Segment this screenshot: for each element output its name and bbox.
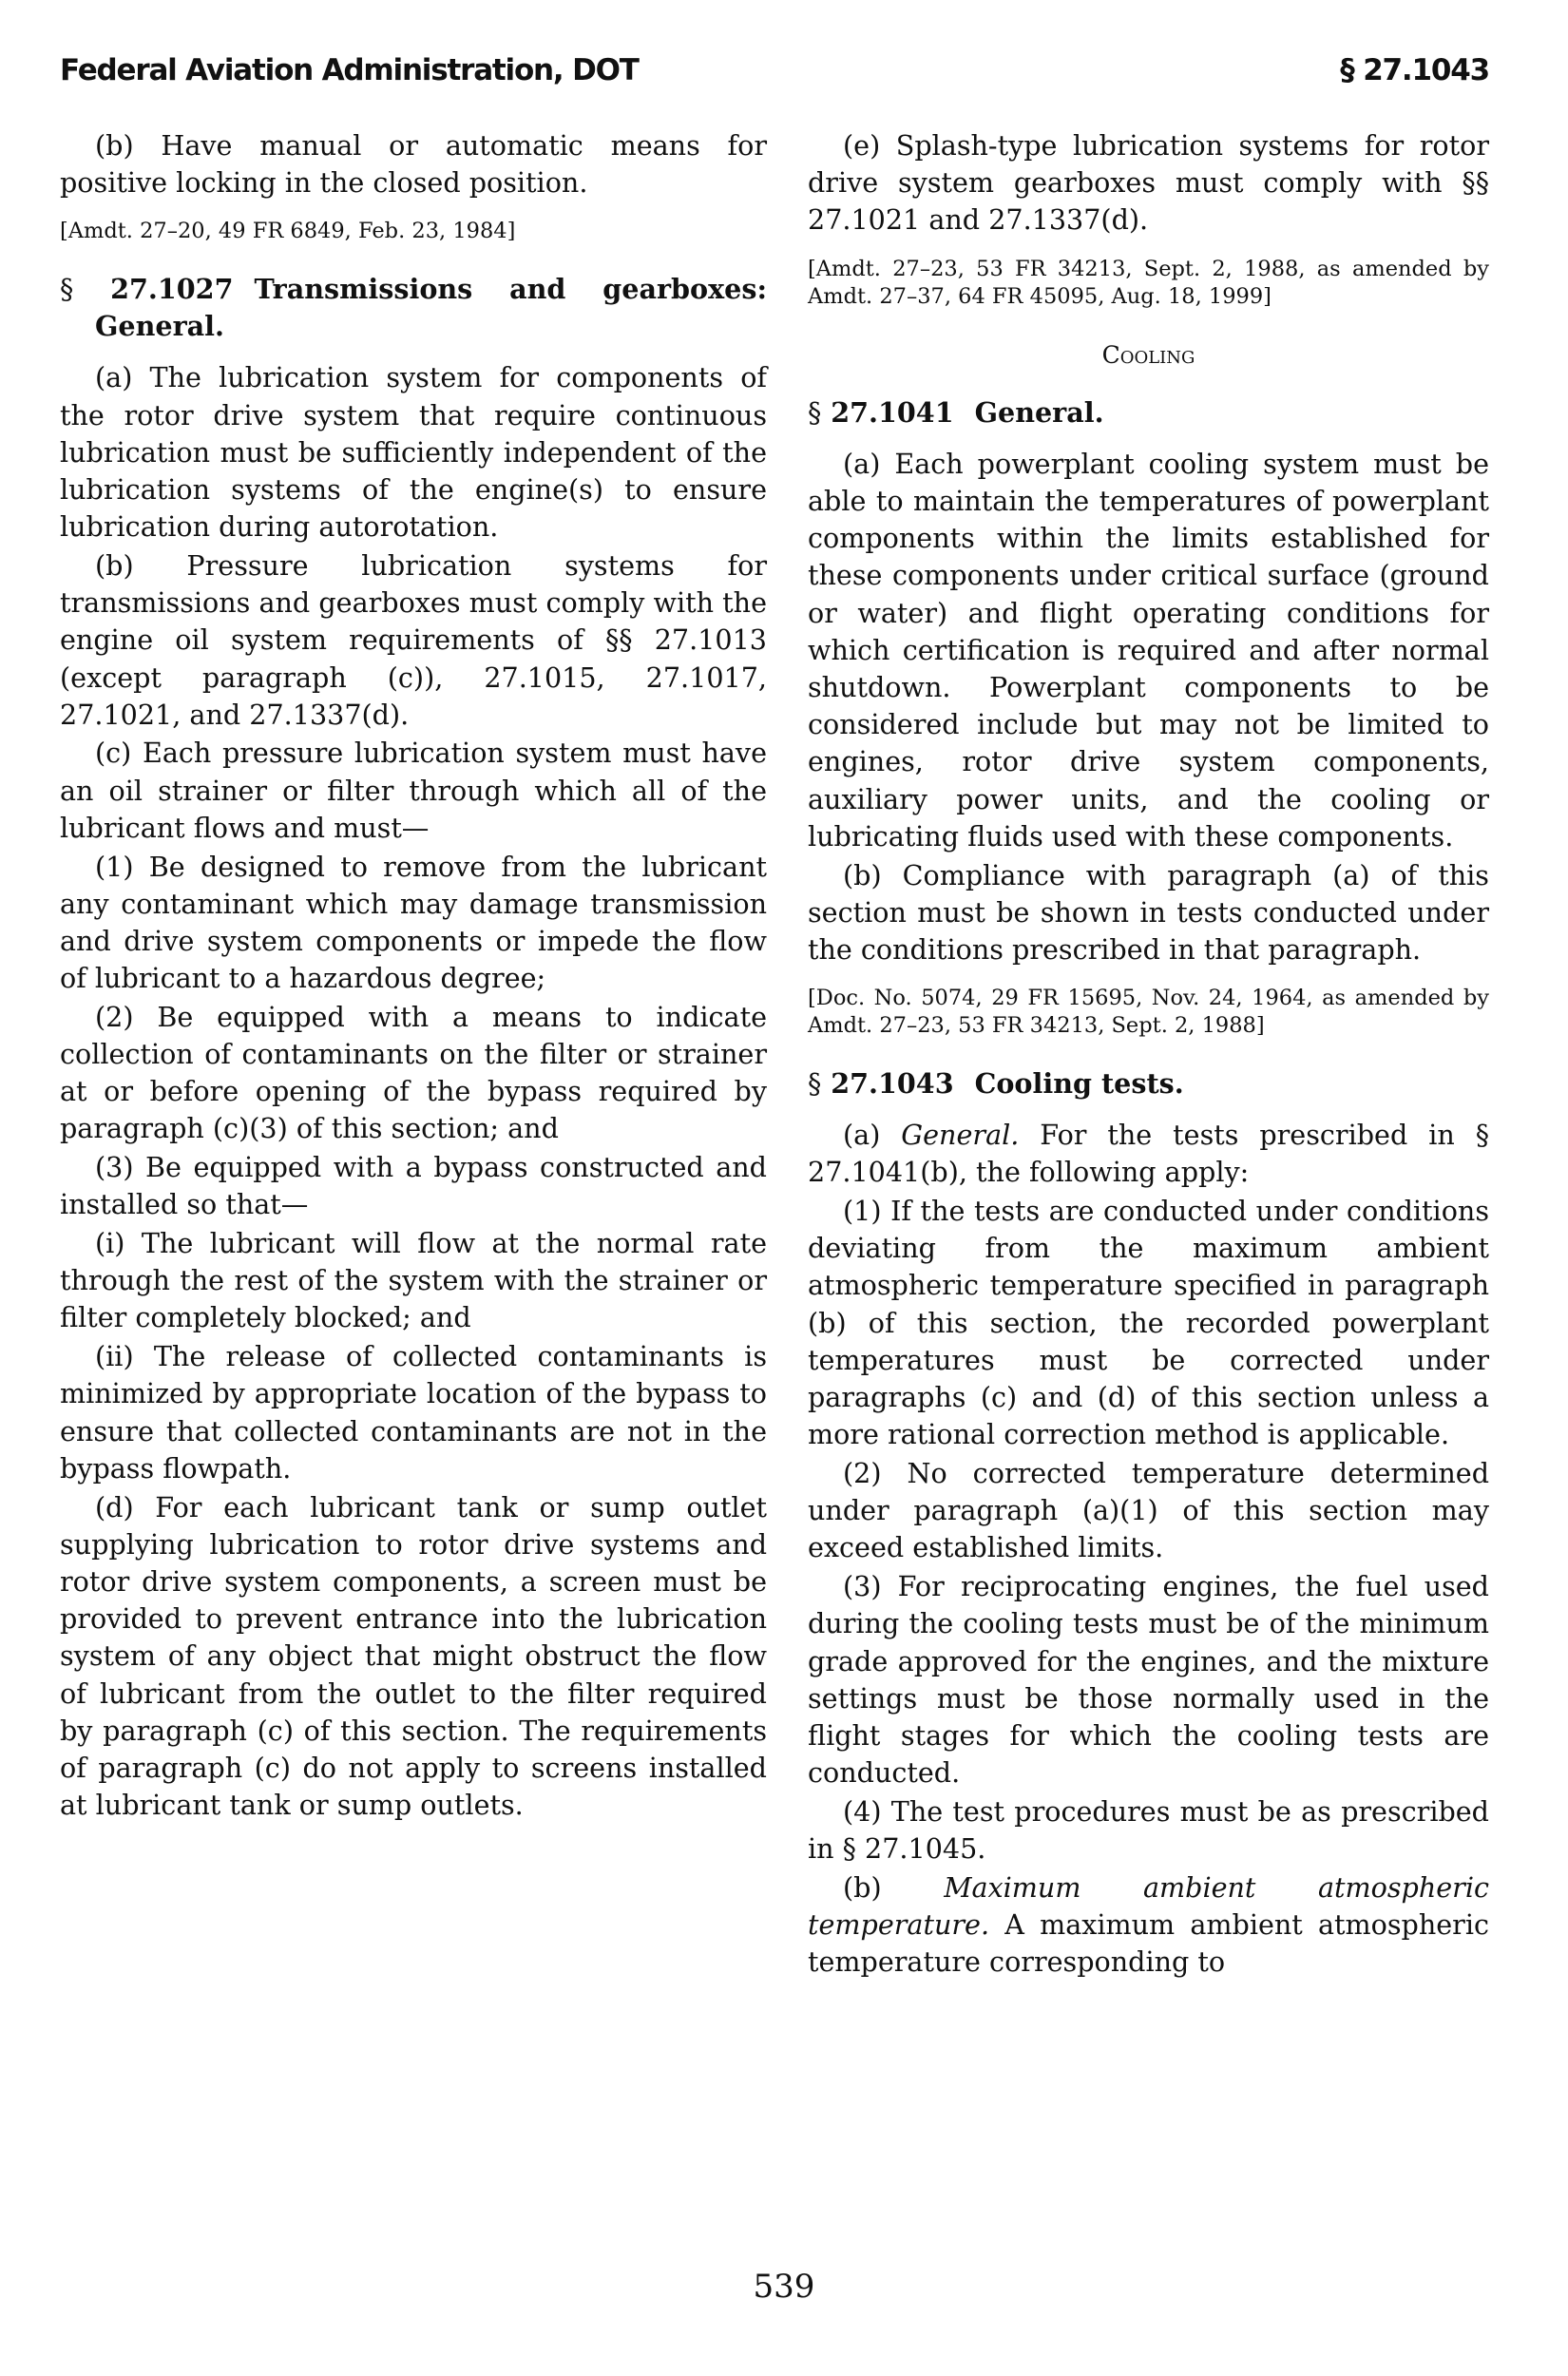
amendment-note: [Amdt. 27–20, 49 FR 6849, Feb. 23, 1984] bbox=[60, 218, 767, 245]
section-number: 27.1041 bbox=[831, 396, 953, 429]
agency-title: Federal Aviation Administration, DOT bbox=[60, 53, 639, 87]
paragraph-c-3-i: (i) The lubricant will flow at the norma… bbox=[60, 1225, 767, 1337]
right-column: (e) Splash-type lubrication systems for … bbox=[808, 127, 1489, 1983]
section-heading-27-1041: § 27.1041General. bbox=[808, 394, 1489, 431]
section-symbol: § bbox=[60, 273, 73, 305]
paragraph-d: (d) For each lubricant tank or sump outl… bbox=[60, 1489, 767, 1825]
paragraph-e: (e) Splash-type lubrication systems for … bbox=[808, 127, 1489, 240]
paragraph-1043-a-3: (3) For reciprocating engines, the fuel … bbox=[808, 1568, 1489, 1792]
section-heading-27-1043: § 27.1043Cooling tests. bbox=[808, 1065, 1489, 1102]
section-number: 27.1043 bbox=[831, 1067, 953, 1100]
paragraph-c-2: (2) Be equipped with a means to indicate… bbox=[60, 999, 767, 1148]
paragraph-b: (b) Pressure lubrication systems for tra… bbox=[60, 547, 767, 734]
paragraph-1041-a: (a) Each powerplant cooling system must … bbox=[808, 446, 1489, 855]
paragraph-1043-a: (a) General. For the tests prescribed in… bbox=[808, 1117, 1489, 1191]
paragraph-c-1: (1) Be designed to remove from the lubri… bbox=[60, 849, 767, 998]
paragraph-1043-a-2: (2) No corrected temperature determined … bbox=[808, 1455, 1489, 1567]
amendment-note: [Doc. No. 5074, 29 FR 15695, Nov. 24, 19… bbox=[808, 985, 1489, 1040]
paragraph-italic-title: General. bbox=[901, 1119, 1019, 1151]
left-column: (b) Have manual or automatic means for p… bbox=[60, 127, 767, 1826]
paragraph-1043-b: (b) Maximum ambient atmospheric temperat… bbox=[808, 1869, 1489, 1982]
paragraph-1041-b: (b) Compliance with paragraph (a) of thi… bbox=[808, 857, 1489, 969]
paragraph-1043-a-1: (1) If the tests are conducted under con… bbox=[808, 1193, 1489, 1453]
section-symbol: § bbox=[808, 1067, 821, 1100]
paragraph-a: (a) The lubrication system for component… bbox=[60, 359, 767, 546]
amendment-note: [Amdt. 27–23, 53 FR 34213, Sept. 2, 1988… bbox=[808, 256, 1489, 311]
document-page: Federal Aviation Administration, DOT § 2… bbox=[0, 0, 1568, 2376]
paragraph-c-3-ii: (ii) The release of collected contaminan… bbox=[60, 1338, 767, 1487]
running-head: Federal Aviation Administration, DOT § 2… bbox=[60, 49, 1489, 91]
paragraph-c: (c) Each pressure lubrication system mus… bbox=[60, 735, 767, 847]
section-symbol: § bbox=[808, 396, 821, 429]
paragraph-1043-a-4: (4) The test procedures must be as presc… bbox=[808, 1793, 1489, 1868]
subpart-heading-cooling: Cooling bbox=[808, 336, 1489, 374]
paragraph-label: (a) bbox=[843, 1119, 901, 1151]
section-title: Cooling tests. bbox=[975, 1067, 1184, 1100]
paragraph-label: (b) bbox=[843, 1871, 944, 1904]
section-number: 27.1027 bbox=[110, 273, 233, 305]
page-number: 539 bbox=[0, 2268, 1568, 2306]
section-heading-27-1027: § 27.1027Transmissions and gearboxes: Ge… bbox=[60, 271, 767, 345]
section-reference: § 27.1043 bbox=[1340, 53, 1489, 87]
paragraph-c-3: (3) Be equipped with a bypass constructe… bbox=[60, 1149, 767, 1223]
section-title: General. bbox=[975, 396, 1104, 429]
paragraph-b-continued: (b) Have manual or automatic means for p… bbox=[60, 127, 767, 201]
